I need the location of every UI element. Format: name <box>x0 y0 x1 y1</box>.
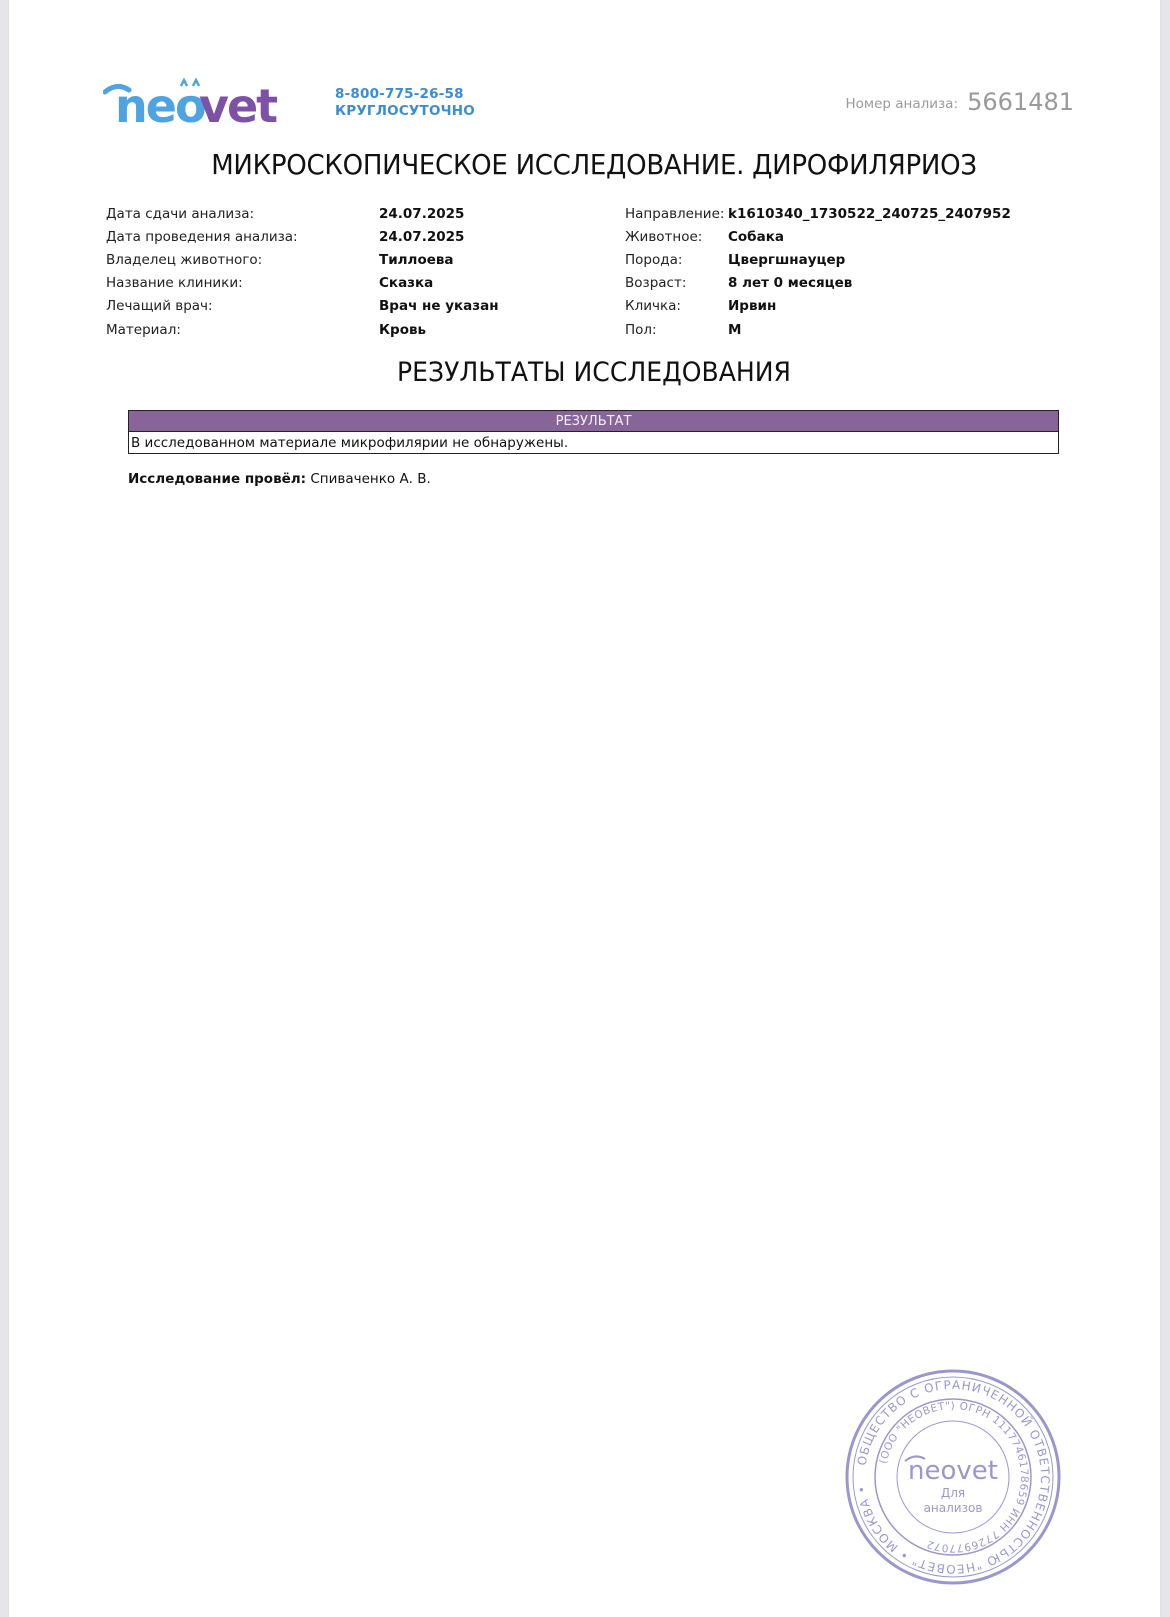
info-right: Направление:k1610340_1730522_240725_2407… <box>625 202 1011 341</box>
info-label: Пол: <box>625 322 728 338</box>
company-stamp: ОБЩЕСТВО С ОГРАНИЧЕННОЙ ОТВЕТСТВЕННОСТЬЮ… <box>843 1367 1063 1587</box>
info-row: Возраст:8 лет 0 месяцев <box>625 272 1011 295</box>
info-label: Направление: <box>625 206 728 222</box>
info-label: Название клиники: <box>106 275 379 291</box>
analysis-number-label: Номер анализа: <box>845 96 958 112</box>
info-label: Владелец животного: <box>106 252 379 268</box>
info-value: Ирвин <box>728 298 776 314</box>
info-value: Сказка <box>379 275 433 291</box>
result-table: РЕЗУЛЬТАТ В исследованном материале микр… <box>128 410 1059 454</box>
info-value: Собака <box>728 229 784 245</box>
info-value: Цвергшнауцер <box>728 252 845 268</box>
info-value: 24.07.2025 <box>379 229 464 245</box>
info-label: Животное: <box>625 229 728 245</box>
info-label: Кличка: <box>625 298 728 314</box>
info-row: Дата сдачи анализа:24.07.2025 <box>106 202 499 225</box>
svg-text:Для: Для <box>941 1486 965 1500</box>
info-row: Дата проведения анализа:24.07.2025 <box>106 225 499 248</box>
hours-label: КРУГЛОСУТОЧНО <box>335 103 475 120</box>
info-row: Пол:М <box>625 318 1011 341</box>
neovet-logo: neo vet <box>103 78 283 128</box>
result-cell: В исследованном материале микрофилярии н… <box>129 432 1059 454</box>
contact-block: 8-800-775-26-58 КРУГЛОСУТОЧНО <box>335 86 475 120</box>
svg-text:vet: vet <box>199 79 277 128</box>
info-row: Название клиники:Сказка <box>106 272 499 295</box>
info-value: М <box>728 322 741 338</box>
info-label: Дата сдачи анализа: <box>106 206 379 222</box>
info-row: Животное:Собака <box>625 225 1011 248</box>
info-label: Порода: <box>625 252 728 268</box>
svg-text:анализов: анализов <box>924 1501 983 1515</box>
svg-text:neovet: neovet <box>908 1456 998 1486</box>
performed-by-label: Исследование провёл: <box>128 471 306 487</box>
info-value: Врач не указан <box>379 298 499 314</box>
stamp-icon: ОБЩЕСТВО С ОГРАНИЧЕННОЙ ОТВЕТСТВЕННОСТЬЮ… <box>843 1367 1063 1587</box>
phone-number[interactable]: 8-800-775-26-58 <box>335 86 475 103</box>
document-title: МИКРОСКОПИЧЕСКОЕ ИССЛЕДОВАНИЕ. ДИРОФИЛЯР… <box>50 148 1138 181</box>
performed-by: Исследование провёл: Спиваченко А. В. <box>128 471 431 487</box>
analysis-number-value: 5661481 <box>967 88 1074 116</box>
info-value: Тиллоева <box>379 252 454 268</box>
info-left: Дата сдачи анализа:24.07.2025 Дата прове… <box>106 202 499 341</box>
info-label: Материал: <box>106 322 379 338</box>
svg-text:neo: neo <box>115 79 205 128</box>
info-value: 24.07.2025 <box>379 206 464 222</box>
info-row: Лечащий врач:Врач не указан <box>106 295 499 318</box>
table-row: В исследованном материале микрофилярии н… <box>129 432 1059 454</box>
info-label: Дата проведения анализа: <box>106 229 379 245</box>
info-value: Кровь <box>379 322 426 338</box>
logo-graphic: neo vet <box>103 78 283 128</box>
info-value: k1610340_1730522_240725_2407952 <box>728 206 1011 222</box>
info-row: Кличка:Ирвин <box>625 295 1011 318</box>
info-label: Лечащий врач: <box>106 298 379 314</box>
document-page: neo vet 8-800-775-26-58 КРУГЛОСУТОЧНО Но… <box>9 0 1160 1617</box>
info-value: 8 лет 0 месяцев <box>728 275 852 291</box>
info-row: Порода:Цвергшнауцер <box>625 248 1011 271</box>
results-title: РЕЗУЛЬТАТЫ ИССЛЕДОВАНИЯ <box>50 357 1138 388</box>
result-table-header: РЕЗУЛЬТАТ <box>129 411 1059 432</box>
info-row: Направление:k1610340_1730522_240725_2407… <box>625 202 1011 225</box>
info-label: Возраст: <box>625 275 728 291</box>
analysis-number: Номер анализа: 5661481 <box>845 88 1074 116</box>
info-row: Владелец животного:Тиллоева <box>106 248 499 271</box>
info-row: Материал:Кровь <box>106 318 499 341</box>
performed-by-name: Спиваченко А. В. <box>310 471 430 487</box>
